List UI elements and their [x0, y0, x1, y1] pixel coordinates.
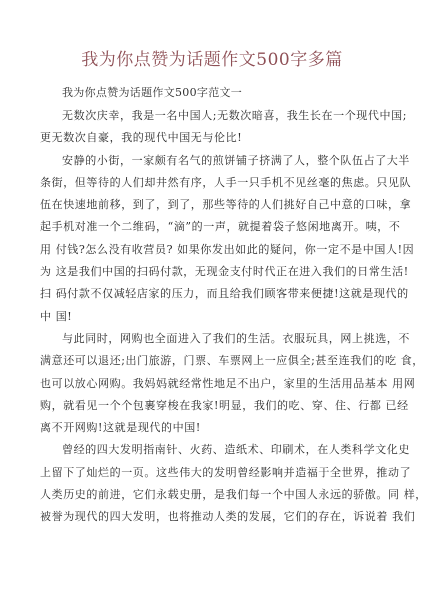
text-line: 为 这是我们中国的扫码付款，无现金支付时代正在进入我们的日常生活!: [40, 261, 384, 283]
document-subtitle: 我为你点赞为话题作文500字范文一: [62, 84, 242, 100]
text-line: 更无数次自豪，我的现代中国无与伦比!: [40, 127, 384, 149]
text-line: 也可以放心网购。我妈妈就经常性地足不出户，家里的生活用品基本 用网: [40, 373, 384, 395]
text-line: 用 付钱?怎么没有收营员? 如果你发出如此的疑问，你一定不是中国人!因: [40, 239, 384, 261]
text-line: 满意还可以退还;出门旅游，门票、车票网上一应俱全;甚至连我们的吃 食，: [40, 350, 384, 372]
document-body: 无数次庆幸，我是一名中国人;无数次暗喜，我生长在一个现代中国;更无数次自豪，我的…: [40, 105, 384, 529]
text-line: 被誉为现代的四大发明，也将推动人类的发展，它们的存在，诉说着 我们: [40, 506, 384, 528]
text-line: 扫 码付款不仅减轻店家的压力，而且给我们顾客带来便捷!这就是现代的: [40, 283, 384, 305]
text-line: 离不开网购!这就是现代的中国!: [40, 417, 384, 439]
text-line: 与此同时，网购也全面进入了我们的生活。衣服玩具，网上挑选，不: [40, 328, 384, 350]
text-line: 起手机对准一个二维码，“滴”的一声，就提着袋子悠闲地离开。咦，不: [40, 216, 384, 238]
text-line: 伍在快速地前移，到了，到了，那些等待的人们挑好自己中意的口味，拿: [40, 194, 384, 216]
text-line: 条街，但等待的人们却井然有序，人手一只手机不见丝毫的焦虑。只见队: [40, 172, 384, 194]
text-line: 上留下了灿烂的一页。这些伟大的发明曾经影响并造福于全世界，推动了: [40, 462, 384, 484]
document-page: 我为你点赞为话题作文500字多篇 我为你点赞为话题作文500字范文一 无数次庆幸…: [0, 0, 424, 600]
text-line: 购，就看见一个个包裹穿梭在我家!明显，我们的吃、穿、住、行都 已经: [40, 395, 384, 417]
text-line: 无数次庆幸，我是一名中国人;无数次暗喜，我生长在一个现代中国;: [40, 105, 384, 127]
text-line: 曾经的四大发明指南针、火药、造纸术、印刷术，在人类科学文化史: [40, 439, 384, 461]
document-title: 我为你点赞为话题作文500字多篇: [0, 45, 424, 70]
text-line: 人类历史的前进，它们永载史册，是我们每一个中国人永远的骄傲。同 样，: [40, 484, 384, 506]
text-line: 中 国!: [40, 306, 384, 328]
text-line: 安静的小街，一家颇有名气的煎饼铺子挤满了人，整个队伍占了大半: [40, 150, 384, 172]
